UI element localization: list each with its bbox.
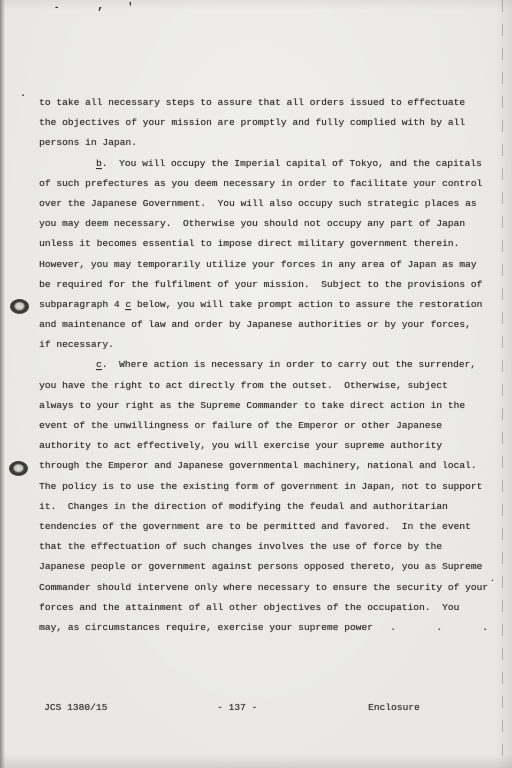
text-line: be required for the fulfilment of your m…	[39, 275, 501, 295]
text-line: event of the unwillingness or failure of…	[39, 416, 501, 436]
stray-ink-mark: .	[20, 90, 26, 100]
binder-hole-top	[10, 299, 29, 314]
text-line: authority to act effectively, you will e…	[39, 436, 501, 456]
text-line: unless it becomes essential to impose di…	[39, 234, 501, 254]
stray-ink-mark: -	[54, 4, 59, 13]
binder-hole-bottom	[9, 461, 28, 476]
text-line: over the Japanese Government. You will a…	[39, 194, 501, 214]
text-line: you may deem necessary. Otherwise you sh…	[39, 214, 501, 234]
scan-edge-shadow	[0, 0, 6, 768]
text-line: the objectives of your mission are promp…	[39, 113, 501, 133]
stray-ink-mark: .	[490, 576, 495, 584]
text-line: tendencies of the government are to be p…	[39, 517, 501, 537]
stray-ink-mark: '	[127, 3, 134, 14]
text-line: may, as circumstances require, exercise …	[39, 618, 501, 638]
text-line: through the Emperor and Japanese governm…	[39, 456, 501, 476]
text-line: The policy is to use the existing form o…	[39, 477, 501, 497]
text-line: persons in Japan.	[39, 133, 501, 153]
text-line: if necessary.	[39, 335, 501, 355]
text-line: it. Changes in the direction of modifyin…	[39, 497, 501, 517]
stray-ink-mark: ,	[97, 0, 104, 12]
text-line: of such prefectures as you deem necessar…	[39, 174, 501, 194]
text-line: c. Where action is necessary in order to…	[39, 355, 501, 375]
footer-enclosure-label: Enclosure	[368, 702, 420, 713]
paper-fold-line	[502, 0, 503, 768]
text-line: Commander should intervene only where ne…	[39, 578, 501, 598]
scanned-document-page: to take all necessary steps to assure th…	[0, 0, 512, 768]
footer-page-number: - 137 -	[217, 702, 257, 713]
text-line: However, you may temporarily utilize you…	[39, 255, 501, 275]
text-line: and maintenance of law and order by Japa…	[39, 315, 501, 335]
text-line: b. You will occupy the Imperial capital …	[39, 154, 501, 174]
text-line: forces and the attainment of all other o…	[39, 598, 501, 618]
text-line: to take all necessary steps to assure th…	[39, 93, 501, 113]
text-line: you have the right to act directly from …	[39, 376, 501, 396]
text-line: subparagraph 4 c below, you will take pr…	[39, 295, 501, 315]
text-line: always to your right as the Supreme Comm…	[39, 396, 501, 416]
text-line: Japanese people or government against pe…	[39, 557, 501, 577]
footer-doc-id: JCS 1380/15	[44, 702, 107, 713]
document-body: to take all necessary steps to assure th…	[39, 93, 501, 638]
text-line: that the effectuation of such changes in…	[39, 537, 501, 557]
